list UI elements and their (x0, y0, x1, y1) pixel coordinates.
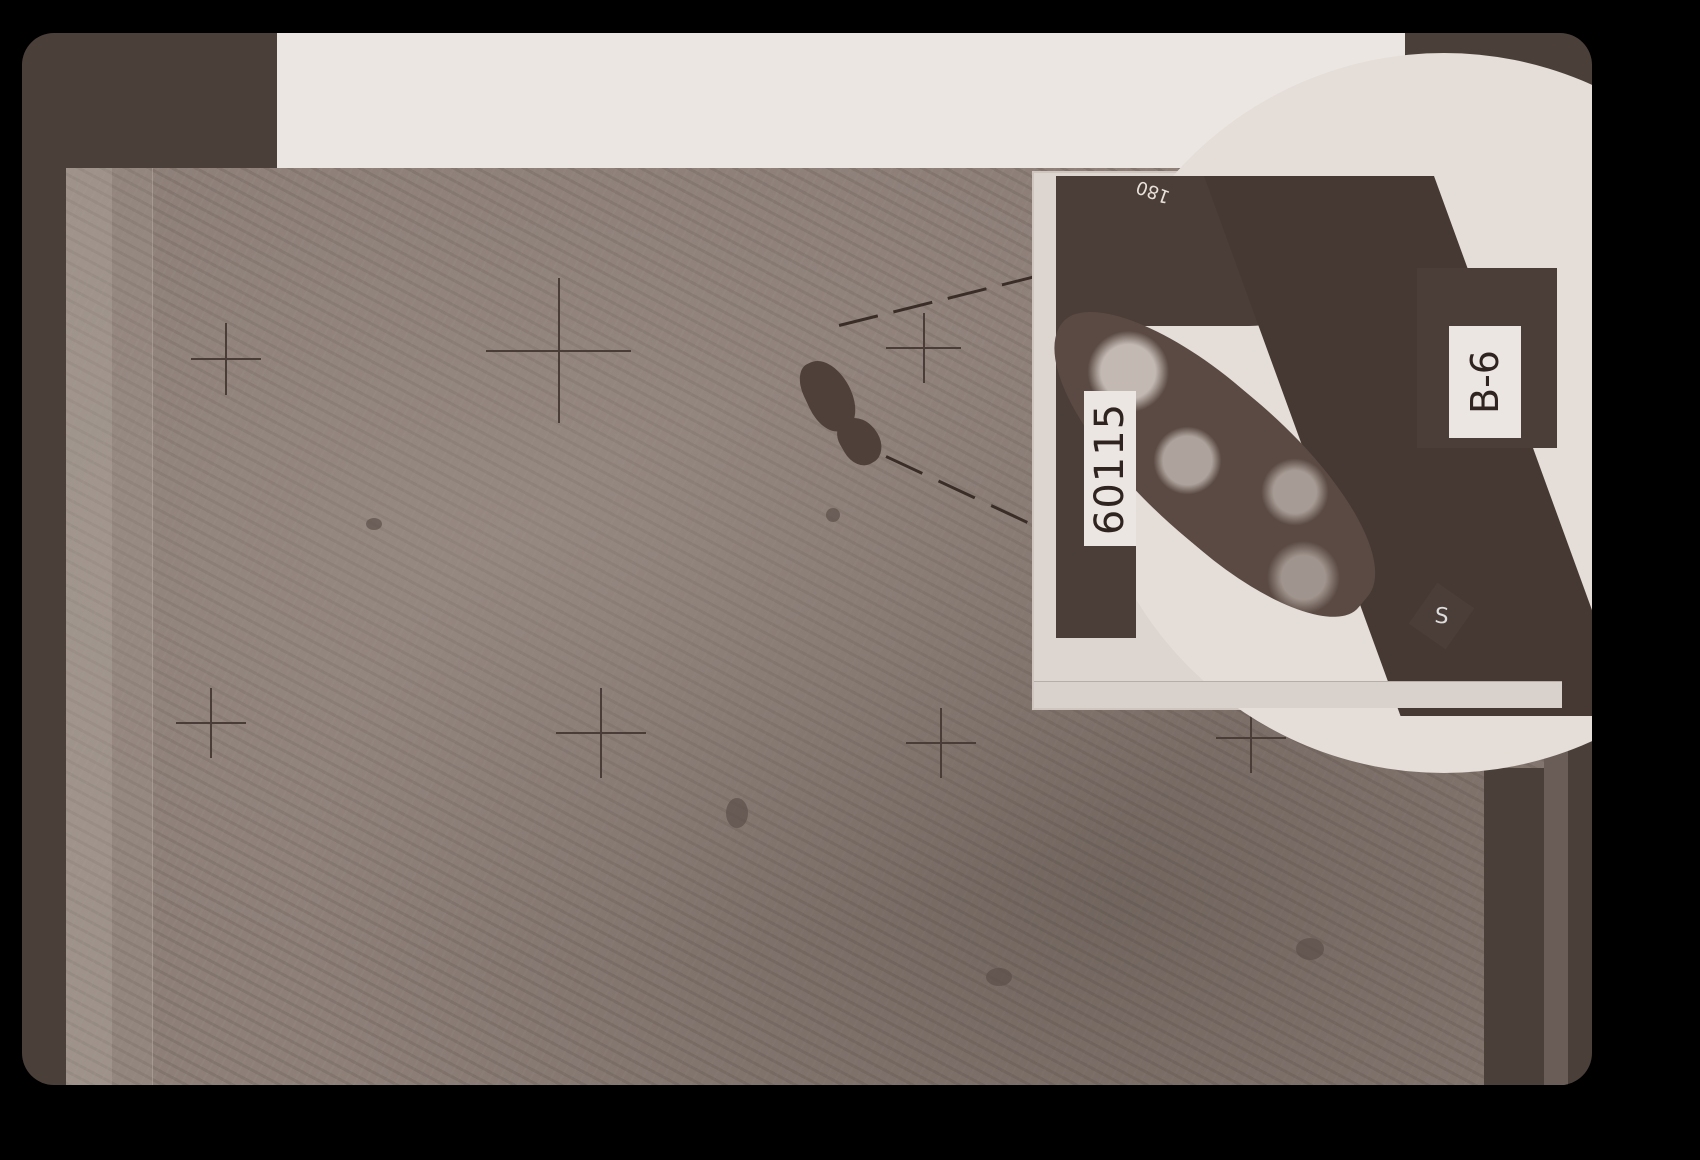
reticle-crosshair (486, 278, 631, 423)
sample-number-label: 60115 (1084, 391, 1136, 546)
sample-id-label: B-6 (1449, 326, 1521, 438)
sample-number-text: 60115 (1087, 402, 1133, 534)
reticle-crosshair (176, 688, 246, 758)
surface-pit (726, 798, 748, 828)
mask-strip (1484, 768, 1544, 1085)
inset-bottom-edge (1034, 681, 1562, 708)
photo-edge-band-inner (112, 168, 153, 1085)
reticle-crosshair (886, 313, 961, 383)
surface-pit (366, 518, 382, 530)
reticle-crosshair (191, 323, 261, 395)
photo-edge-band (66, 168, 112, 1085)
surface-pit (986, 968, 1012, 986)
reticle-crosshair (556, 688, 646, 778)
reticle-crosshair (906, 708, 976, 778)
surface-pit (1296, 938, 1324, 960)
corner-marker-text: S (1433, 603, 1449, 629)
sample-id-text: B-6 (1463, 350, 1507, 414)
surface-pit (826, 508, 840, 522)
film-slide-frame: 180 S 60115 B-6 (22, 33, 1592, 1085)
